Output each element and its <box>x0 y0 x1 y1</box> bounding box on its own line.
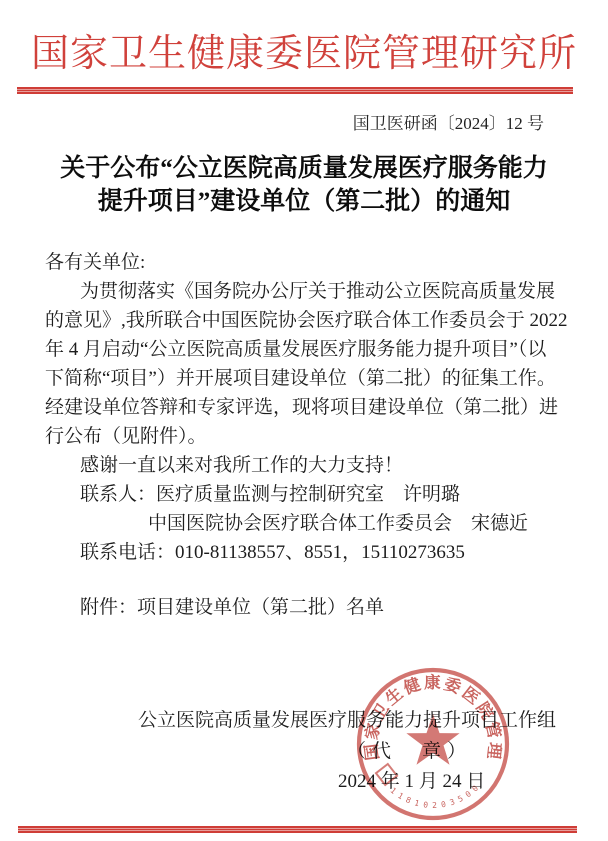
thanks-line: 感谢一直以来对我所工作的大力支持！ <box>45 451 568 480</box>
notice-title-line1: 关于公布“公立医院高质量发展医疗服务能力 <box>0 152 608 185</box>
body-line: 的意见》,我所联合中国医院协会医疗联合体工作委员会于 2022 <box>45 306 568 335</box>
attachment-line: 附件：项目建设单位（第二批）名单 <box>80 592 384 619</box>
red-letterhead-org-name: 国家卫生健康委医院管理研究所 <box>0 22 608 77</box>
notice-title-line2: 提升项目”建设单位（第二批）的通知 <box>0 185 608 218</box>
footer-divider-rule <box>18 826 577 833</box>
document-number: 国卫医研函〔2024〕12 号 <box>353 109 544 134</box>
body-text: 各有关单位: 为贯彻落实《国务院办公厅关于推动公立医院高质量发展 的意见》,我所… <box>45 248 568 567</box>
body-line: 为贯彻落实《国务院办公厅关于推动公立医院高质量发展 <box>45 277 568 306</box>
body-line: 经建设单位答辩和专家评选，现将项目建设单位（第二批）进 <box>45 393 568 422</box>
body-line: 下简称“项目”）并开展项目建设单位（第二批）的征集工作。 <box>45 364 568 393</box>
signature-seal-note: （代 章） <box>347 736 472 763</box>
body-line: 年 4 月启动“公立医院高质量发展医疗服务能力提升项目”（以 <box>45 335 568 364</box>
contact-phone-line: 联系电话：010-81138557、8551，15110273635 <box>45 538 568 567</box>
document-page: 国家卫生健康委医院管理研究所 国卫医研函〔2024〕12 号 关于公布“公立医院… <box>0 0 608 841</box>
header-divider-rule <box>17 87 573 94</box>
body-line: 行公布（见附件）。 <box>45 422 568 451</box>
notice-title: 关于公布“公立医院高质量发展医疗服务能力 提升项目”建设单位（第二批）的通知 <box>0 152 608 218</box>
signature-org-name: 公立医院高质量发展医疗服务能力提升项目工作组 <box>138 705 556 732</box>
contact-person-line: 联系人：医疗质量监测与控制研究室 许明璐 <box>45 480 568 509</box>
signature-date: 2024 年 1 月 24 日 <box>338 766 485 793</box>
salutation-line: 各有关单位: <box>45 248 568 277</box>
contact-person-line2: 中国医院协会医疗联合体工作委员会 宋德近 <box>45 509 568 538</box>
